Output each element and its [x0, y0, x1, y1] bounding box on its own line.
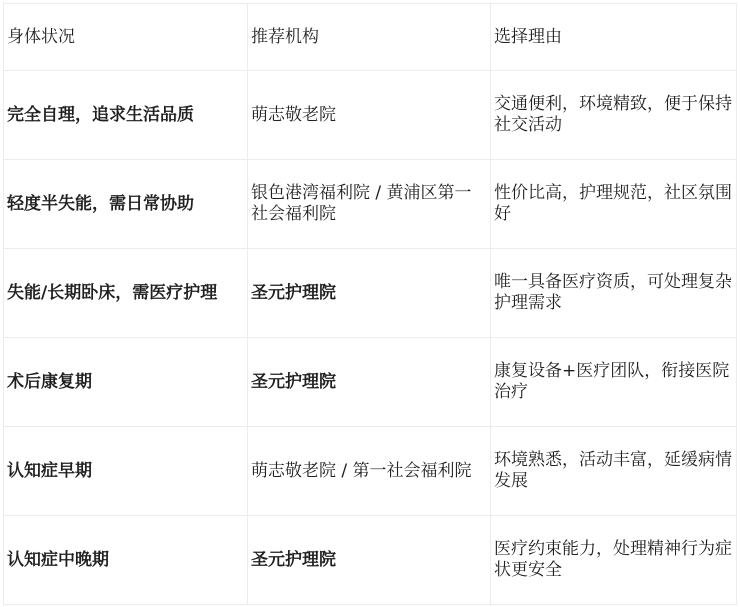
table-row: 认知症中晚期 圣元护理院 医疗约束能力，处理精神行为症状更安全	[4, 516, 737, 605]
cell-institution: 圣元护理院	[248, 516, 491, 605]
table-row: 轻度半失能，需日常协助 银色港湾福利院 / 黄浦区第一社会福利院 性价比高，护理…	[4, 160, 737, 249]
table-row: 完全自理，追求生活品质 萌志敬老院 交通便利，环境精致，便于保持社交活动	[4, 71, 737, 160]
cell-condition: 认知症早期	[4, 427, 248, 516]
cell-condition: 轻度半失能，需日常协助	[4, 160, 248, 249]
header-institution: 推荐机构	[248, 4, 491, 71]
recommendation-table: 身体状况 推荐机构 选择理由 完全自理，追求生活品质 萌志敬老院 交通便利，环境…	[3, 3, 737, 605]
cell-institution: 银色港湾福利院 / 黄浦区第一社会福利院	[248, 160, 491, 249]
cell-reason: 性价比高，护理规范，社区氛围好	[491, 160, 737, 249]
cell-institution: 圣元护理院	[248, 338, 491, 427]
cell-institution: 圣元护理院	[248, 249, 491, 338]
table-row: 认知症早期 萌志敬老院 / 第一社会福利院 环境熟悉，活动丰富，延缓病情发展	[4, 427, 737, 516]
cell-institution: 萌志敬老院	[248, 71, 491, 160]
cell-condition: 完全自理，追求生活品质	[4, 71, 248, 160]
table-header-row: 身体状况 推荐机构 选择理由	[4, 4, 737, 71]
cell-condition: 认知症中晚期	[4, 516, 248, 605]
cell-condition: 术后康复期	[4, 338, 248, 427]
table-row: 失能/长期卧床，需医疗护理 圣元护理院 唯一具备医疗资质，可处理复杂护理需求	[4, 249, 737, 338]
header-reason: 选择理由	[491, 4, 737, 71]
table-row: 术后康复期 圣元护理院 康复设备+医疗团队，衔接医院治疗	[4, 338, 737, 427]
cell-reason: 医疗约束能力，处理精神行为症状更安全	[491, 516, 737, 605]
cell-reason: 环境熟悉，活动丰富，延缓病情发展	[491, 427, 737, 516]
cell-reason: 唯一具备医疗资质，可处理复杂护理需求	[491, 249, 737, 338]
cell-reason: 交通便利，环境精致，便于保持社交活动	[491, 71, 737, 160]
cell-condition: 失能/长期卧床，需医疗护理	[4, 249, 248, 338]
header-condition: 身体状况	[4, 4, 248, 71]
cell-reason: 康复设备+医疗团队，衔接医院治疗	[491, 338, 737, 427]
cell-institution: 萌志敬老院 / 第一社会福利院	[248, 427, 491, 516]
recommendation-table-container: 身体状况 推荐机构 选择理由 完全自理，追求生活品质 萌志敬老院 交通便利，环境…	[3, 3, 737, 605]
